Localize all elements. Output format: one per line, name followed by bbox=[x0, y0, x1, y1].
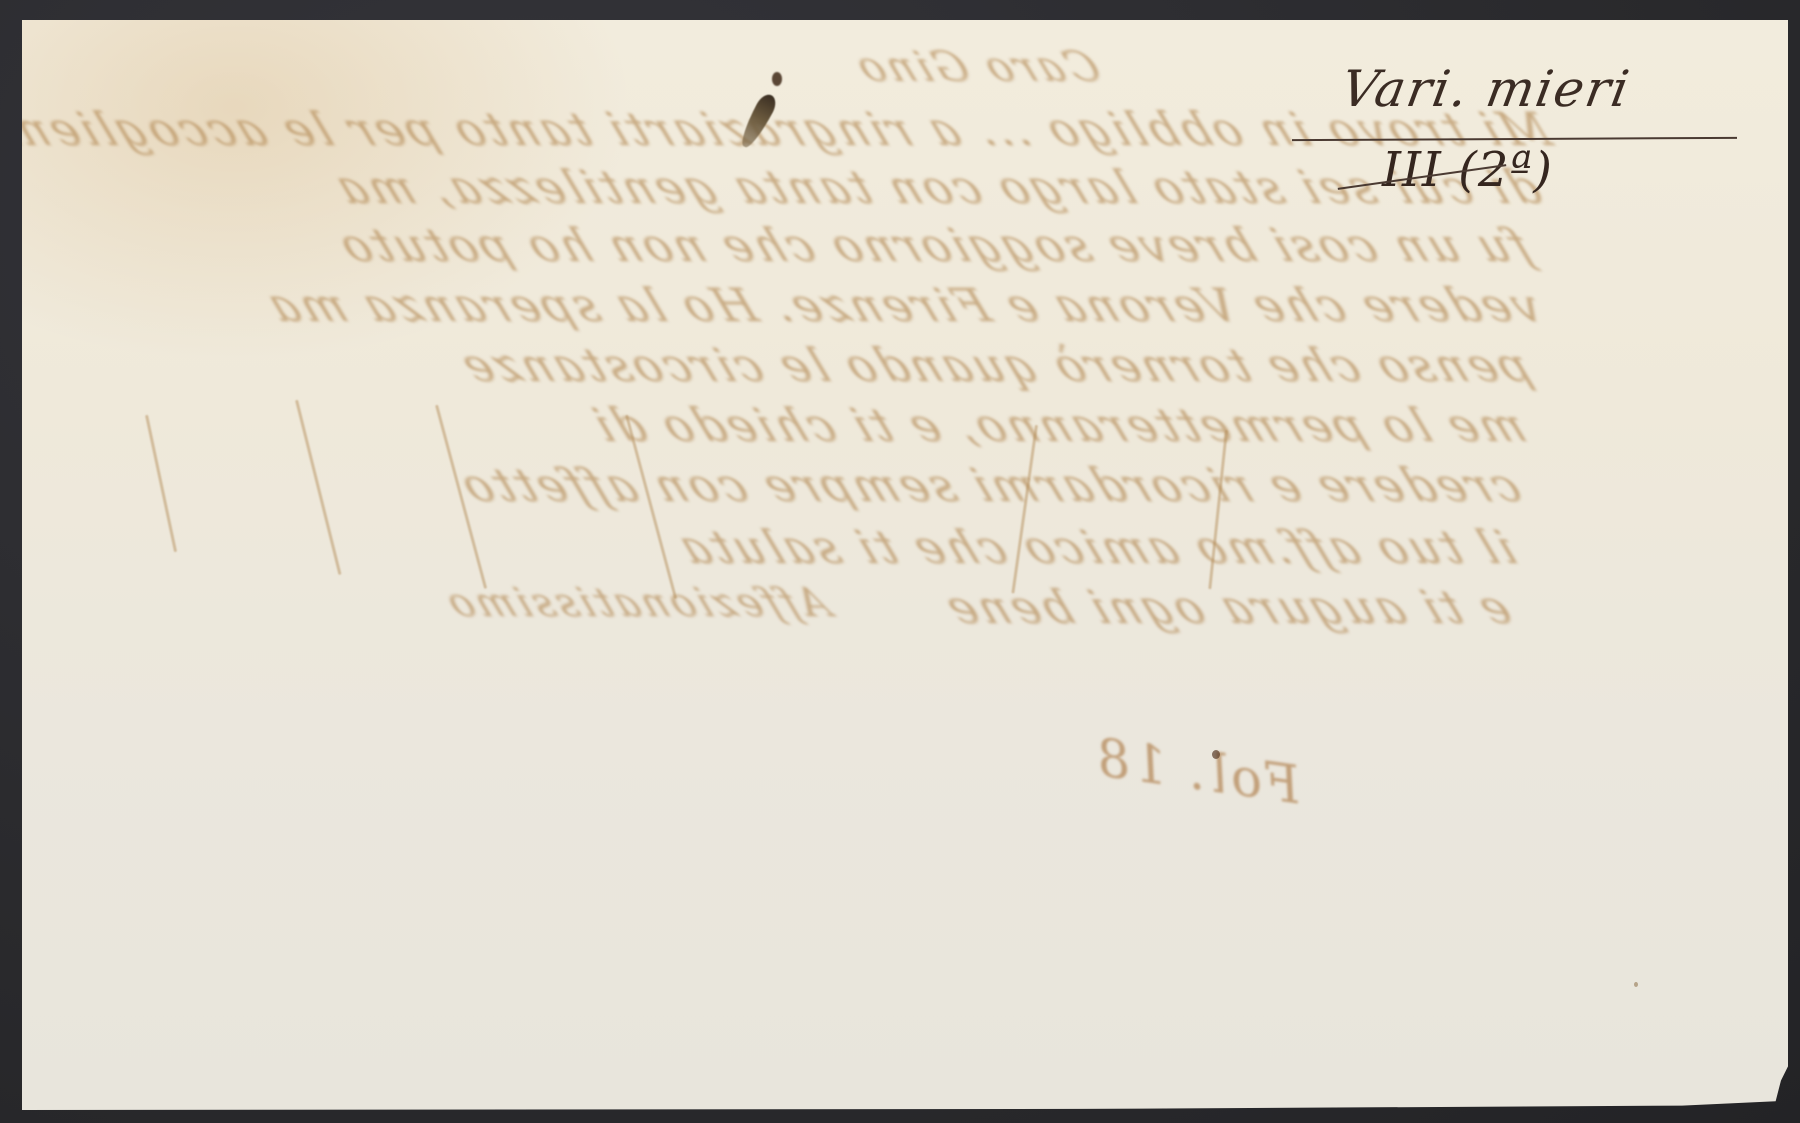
bleed-line: fu un cosi breve soggiorno che non ho po… bbox=[328, 218, 1539, 272]
folio-number: Fol. 18 bbox=[1089, 728, 1304, 816]
descender-stroke bbox=[295, 400, 341, 575]
bleed-line: me lo permetteranno, e ti chiedo di bbox=[582, 398, 1534, 452]
bleed-line: Caro Gino bbox=[846, 42, 1108, 91]
bleed-line: e ti augura ogni bene bbox=[935, 580, 1519, 634]
descender-stroke bbox=[1011, 425, 1038, 594]
bleed-line: vedere che Verona e Firenze. Ho la spera… bbox=[257, 278, 1549, 332]
descender-stroke bbox=[145, 415, 177, 553]
bleed-line: penso che tornerò quando le circostanze bbox=[450, 338, 1539, 392]
paper-speck bbox=[1212, 750, 1220, 759]
bleed-line: Affezionatissimo bbox=[437, 580, 837, 626]
paper-speck bbox=[1634, 982, 1638, 987]
ink-blot bbox=[736, 91, 779, 151]
ink-spot bbox=[772, 72, 782, 86]
manuscript-page: Caro Gino Mi trovo in obbligo ... a ring… bbox=[22, 20, 1788, 1110]
bleed-line: il tuo aff.mo amico che ti saluta bbox=[668, 520, 1524, 574]
descender-stroke bbox=[1208, 430, 1228, 589]
shelfmark-series: Vari. mieri bbox=[1337, 60, 1635, 118]
descender-stroke bbox=[625, 415, 677, 599]
bleed-line: credere e ricordarmi sempre con affetto bbox=[450, 458, 1529, 512]
archival-shelfmark: Vari. mieri III (2ª) bbox=[1287, 56, 1737, 196]
descender-stroke bbox=[435, 405, 487, 589]
shelfmark-rule bbox=[1292, 137, 1737, 141]
